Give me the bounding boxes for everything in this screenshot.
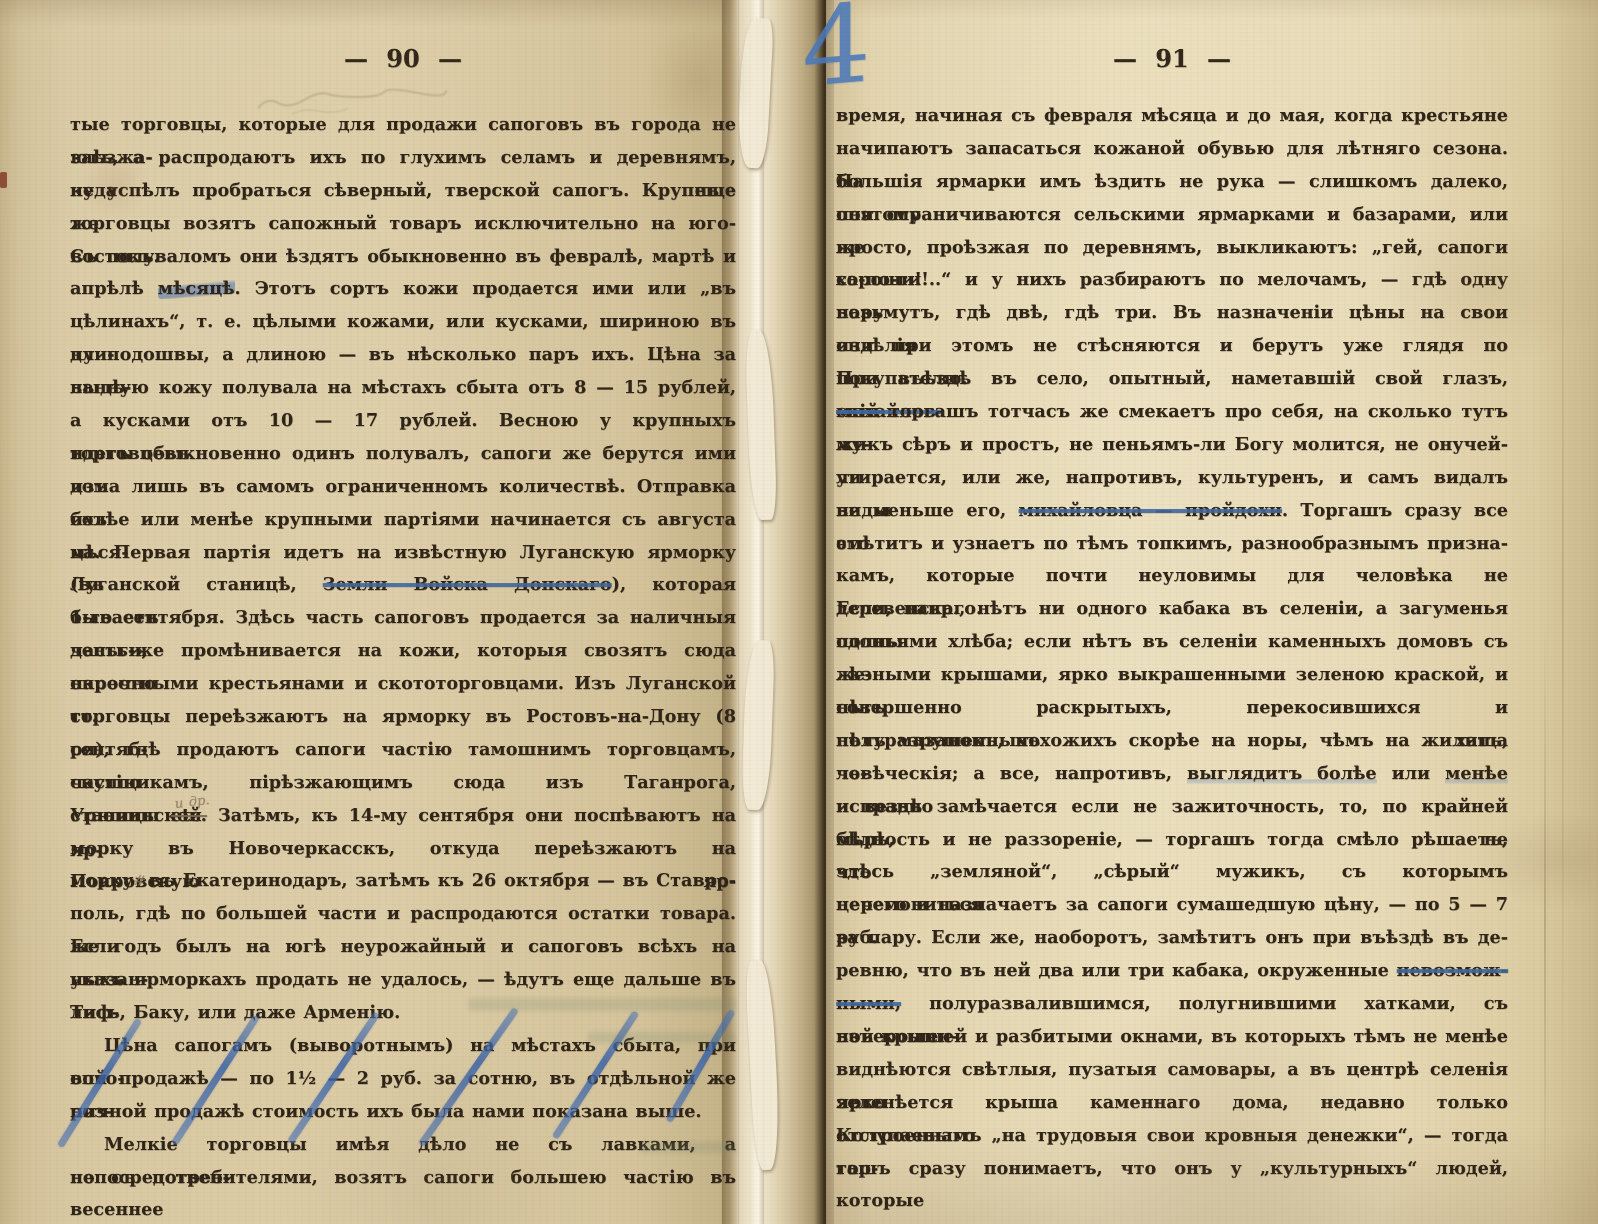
text-line: Колупаевымъ „на трудовыя свои кровныя де…: [836, 1120, 1508, 1153]
text-line: ца. Первая партія идетъ на извѣстную Луг…: [70, 537, 736, 570]
text-segment: апрѣлѣ: [70, 278, 158, 299]
text-line: гашъ сразу понимаетъ, что онъ у „культур…: [836, 1153, 1508, 1186]
text-line: ланную кожу полувала на мѣстахъ сбыта от…: [70, 372, 736, 405]
text-line: ну подошвы, а длиною — въ нѣсколько паръ…: [70, 339, 736, 372]
annotated-text: мѣсяцѣ: [158, 278, 235, 299]
text-line: тые торговцы, которые для продажи сапого…: [70, 109, 736, 142]
text-line: болѣе или менѣе крупными партіями начина…: [70, 504, 736, 537]
text-line: смѣтитъ и узнаетъ по тѣмъ топкимъ, разно…: [836, 528, 1508, 561]
text-segment: станицы: [70, 805, 171, 826]
text-line: виднѣются свѣтлыя, пузатыя самовары, а в…: [836, 1054, 1508, 1087]
paper-crease: [1544, 620, 1546, 1220]
text-segment: или: [1377, 763, 1445, 784]
text-line: ютъ, а распродаютъ ихъ по глухимъ селамъ…: [70, 142, 736, 175]
text-line: не меньше его, михайловца — пройдохи. То…: [836, 495, 1508, 528]
text-line: возьмутъ, гдѣ двѣ, гдѣ три. Въ назначені…: [836, 297, 1508, 330]
text-line: время, начиная съ февраля мѣсяца и до ма…: [836, 100, 1508, 133]
text-segment: ной крышей и разбитыми окнами, въ которы…: [836, 1026, 1508, 1047]
text-line: ревню, что въ ней два или три кабака, ок…: [836, 955, 1508, 988]
text-line: они при этомъ не стѣсняются и берутъ уже…: [836, 330, 1508, 363]
text-segment: . Этотъ сортъ кожи продается ими или „въ: [235, 278, 736, 299]
text-segment: ланную кожу полувала на мѣстахъ сбыта от…: [70, 377, 736, 398]
text-segment: ревню, что въ ней два или три кабака, ок…: [836, 960, 1397, 981]
text-line: камъ, которые почти неуловимы для человѣ…: [836, 560, 1508, 593]
annotated-text: ными,: [836, 993, 901, 1014]
text-line: ловѣческія; а все, напротивъ, выглядитъ …: [836, 758, 1508, 791]
book-spread: — 90 — — 91 — 4 тые торговцы, которые дл…: [0, 0, 1598, 1224]
page-number-left: — 90 —: [70, 44, 736, 73]
text-line: одоньями хлѣба; если нѣтъ въ селеніи кам…: [836, 626, 1508, 659]
paper-speck: [0, 172, 7, 188]
text-line: жикъ сѣръ и простъ, не пеньямъ-ли Богу м…: [836, 429, 1508, 462]
annotated-text: михайловца — пройдохи: [1019, 500, 1282, 521]
text-line: за пару. Если же, наоборотъ, замѣтитъ он…: [836, 922, 1508, 955]
annotated-text: невозмож-: [1397, 960, 1508, 981]
text-line: не успѣлъ пробраться сѣверный, тверской …: [70, 175, 736, 208]
paper-crease: [1562, 40, 1564, 1140]
annotated-text: Земли Войска Донскаго: [323, 574, 612, 595]
text-line: просто, проѣзжая по деревнямъ, выкликают…: [836, 232, 1508, 265]
text-line: идетъ обыкновенно одинъ полувалъ, сапоги…: [70, 438, 736, 471]
text-segment: смѣтитъ и узнаетъ по тѣмъ топкимъ, разно…: [836, 533, 1508, 554]
text-segment: за пару. Если же, наоборотъ, замѣтитъ он…: [836, 927, 1508, 948]
text-segment: Съ полуваломъ они ѣздятъ обыкновенно въ …: [70, 246, 736, 267]
text-segment: Луганской станицѣ,: [70, 574, 323, 595]
text-line: Если, напр., нѣтъ ни одного кабака въ се…: [836, 593, 1508, 626]
text-line: апрѣлѣ мѣсяцѣ. Этотъ сортъ кожи продаетс…: [70, 273, 736, 306]
text-line: но съ потребителями, возятъ сапоги больш…: [70, 1162, 736, 1195]
text-line: зеленѣется крыша каменнаго дома, недавно…: [836, 1087, 1508, 1120]
right-text-column: время, начиная съ февраля мѣсяца и до ма…: [836, 100, 1508, 1185]
text-line: нѣтъ мазанокъ, похожихъ скорѣе на норы, …: [836, 725, 1508, 758]
text-line: лѣзными крышами, ярко выкрашенными зелен…: [836, 659, 1508, 692]
text-line: и вездѣ замѣчается если не зажиточность,…: [836, 791, 1508, 824]
text-line: начипаютъ запасаться кожаной обувью для …: [836, 133, 1508, 166]
text-line: Мелкіе торговцы имѣя дѣло не съ лавками,…: [70, 1129, 736, 1162]
ink-bleedthrough: [588, 1032, 736, 1043]
text-line: станицы и др.etc. Затѣмъ, къ 14-му сентя…: [70, 800, 736, 833]
text-line: скупщикамъ, пірѣзжающимъ сюда изъ Таганр…: [70, 767, 736, 800]
text-line: морку#въ Екатеринодаръ, затѣмъ къ 26 окт…: [70, 865, 736, 898]
text-line: утирается, или же, напротивъ, культуренъ…: [836, 462, 1508, 495]
text-segment: время, начиная съ февраля мѣсяца и до ма…: [836, 105, 1508, 126]
text-line: ныхъ ярморкахъ продать не удалось, — ѣду…: [70, 964, 736, 997]
annotated-text: выглядитъ болѣе: [1187, 763, 1377, 784]
ink-bleedthrough: [640, 1142, 736, 1153]
text-line: совершенно раскрытыхъ, перекосившихся и …: [836, 692, 1508, 725]
text-segment: ничной продажѣ стоимость ихъ была нами п…: [70, 1101, 702, 1122]
text-line: ря), гдѣ продаютъ сапоги частію тамошним…: [70, 734, 736, 767]
annotated-text: скій: [836, 401, 879, 422]
text-line: а кусками отъ 10 — 17 рублей. Весною у к…: [70, 405, 736, 438]
text-segment: лисъ, Баку, или даже Арменію.: [70, 1002, 400, 1023]
text-line: скій торгашъ тотчасъ же смекаетъ про себ…: [836, 396, 1508, 429]
annotated-text: менѣе: [1445, 763, 1508, 784]
text-line: нечего и назначаетъ за сапоги сумашедшую…: [836, 889, 1508, 922]
text-line: бѣдность и не раззореніе, — торгашъ тогд…: [836, 824, 1508, 857]
text-line: они ограничиваются сельскими ярмарками и…: [836, 199, 1508, 232]
page-number-right: — 91 —: [836, 44, 1508, 73]
text-line: поль, гдѣ по большей части и распродаютс…: [70, 898, 736, 931]
text-line: цѣлинахъ“, т. е. цѣлыми кожами, или куск…: [70, 306, 736, 339]
text-line: са-по-ги!..“ и у нихъ разбираютъ по мело…: [836, 264, 1508, 297]
text-line: ной крышей и разбитыми окнами, въ которы…: [836, 1021, 1508, 1054]
text-line: часть-же промѣнивается на кожи, которыя …: [70, 635, 736, 668]
text-line: Съ полуваломъ они ѣздятъ обыкновенно въ …: [70, 241, 736, 274]
text-line: морку въ Новочеркасскъ, откуда переѣзжаю…: [70, 833, 736, 866]
text-segment: морку: [70, 870, 133, 891]
text-segment: не меньше его,: [836, 500, 1019, 521]
text-line: При въѣздѣ въ село, опытный, наметавшій …: [836, 363, 1508, 396]
annotated-text: etc.: [171, 805, 207, 826]
text-line: большія ярмарки имъ ѣздить не рука — сли…: [836, 166, 1508, 199]
text-line: же годъ былъ на югѣ неурожайный и сапого…: [70, 931, 736, 964]
text-line: дома лишь въ самомъ ограниченномъ количе…: [70, 471, 736, 504]
text-segment: ловѣческія; а все, напротивъ,: [836, 763, 1187, 784]
text-segment: въ Екатеринодаръ, затѣмъ къ 26 октября —…: [149, 870, 736, 891]
text-line: здѣсь „земляной“, „сѣрый“ мужикъ, съ кот…: [836, 856, 1508, 889]
text-line: торговцы возятъ сапожный товаръ исключит…: [70, 208, 736, 241]
text-line: вой продажѣ — по 1½ — 2 руб. за сотню, в…: [70, 1063, 736, 1096]
text-line: Луганской станицѣ, Земли Войска Донскаго…: [70, 569, 736, 602]
text-line: торговцы переѣзжаютъ на ярморку въ Росто…: [70, 701, 736, 734]
ink-bleedthrough: [468, 998, 736, 1011]
text-line: окрестными крестьянами и скототорговцами…: [70, 668, 736, 701]
text-segment: При въѣздѣ въ село, опытный, наметавшій …: [836, 368, 1508, 389]
text-line: ничной продажѣ стоимость ихъ была нами п…: [70, 1096, 736, 1129]
text-line: ными, полуразвалившимся, полугнившими ха…: [836, 988, 1508, 1021]
page-gutter-tear: [722, 0, 834, 1224]
text-line: 1-го сентября. Здѣсь часть сапоговъ прод…: [70, 602, 736, 635]
handwritten-numeral-4: 4: [802, 0, 870, 112]
